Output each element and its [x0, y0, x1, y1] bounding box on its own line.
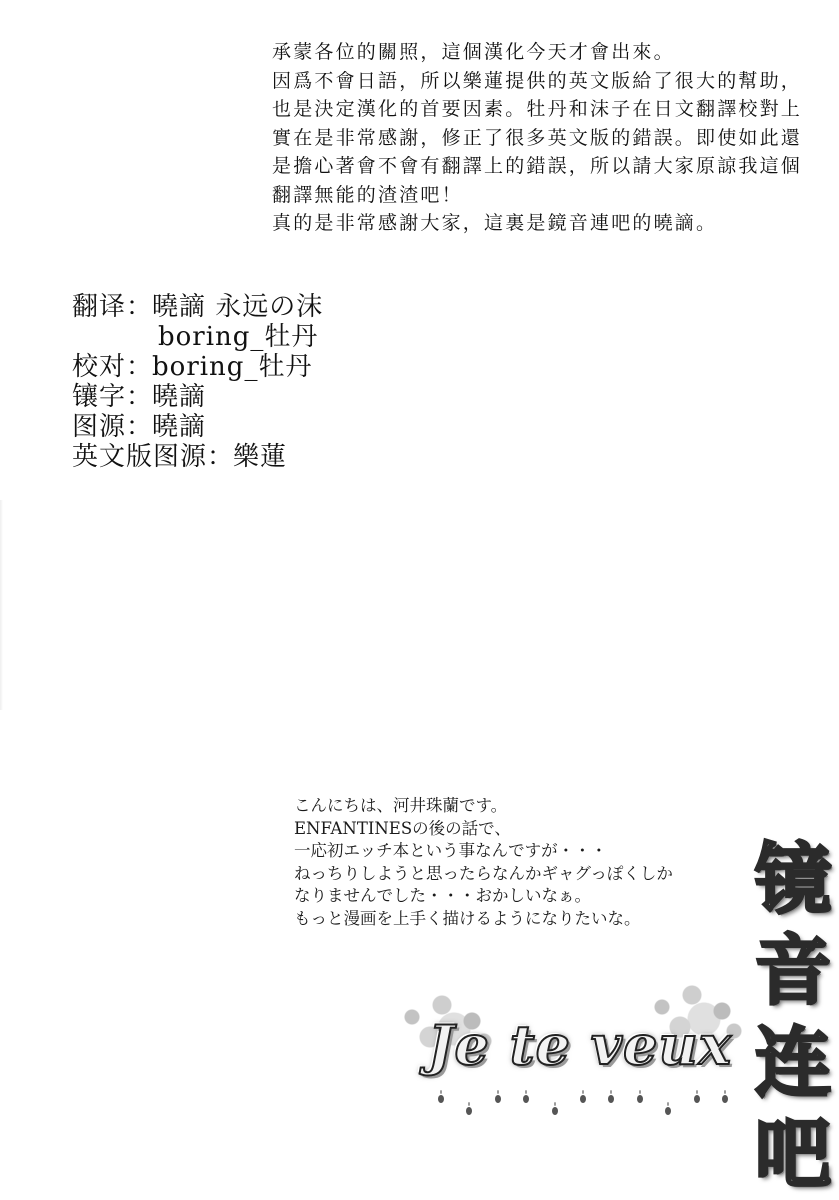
translator-note: 承蒙各位的關照，這個漢化今天才會出來。 因爲不會日語，所以樂蓮提供的英文版給了很…	[272, 38, 832, 238]
credits-list: 翻译：曉謫 永远の沫 boring_牡丹 校对：boring_牡丹 镶字：曉謫 …	[72, 292, 323, 472]
credit-role: 英文版图源	[72, 442, 207, 472]
translator-note-line: 實在是非常感謝，修正了很多英文版的錯誤。即使如此還	[272, 124, 832, 153]
credit-value: boring_牡丹	[152, 352, 312, 382]
bead-icon	[523, 1095, 529, 1103]
credit-separator: ：	[207, 442, 233, 472]
translator-note-line: 因爲不會日語，所以樂蓮提供的英文版給了很大的幫助，	[272, 67, 832, 96]
author-note-line: 一応初エッチ本という事なんですが・・・	[294, 840, 673, 863]
bead-icon	[637, 1095, 643, 1103]
group-logo-glyph: 连	[755, 1019, 831, 1107]
group-logo-glyph: 音	[755, 927, 831, 1015]
group-logo-glyph: 吧	[755, 1110, 831, 1198]
credit-value: 樂蓮	[233, 442, 287, 472]
bead-icon	[466, 1107, 472, 1115]
bead-fringe-decoration	[438, 1095, 728, 1125]
title-logo-je-te-veux: Je te veux	[388, 975, 758, 1125]
author-note-line: なりませんでした・・・おかしいなぁ。	[294, 885, 673, 908]
credit-role: 镶字	[72, 382, 126, 412]
credit-role: 图源	[72, 412, 126, 442]
author-note-line: もっと漫画を上手く描けるようになりたいな。	[294, 908, 673, 931]
translator-note-line: 是擔心著會不會有翻譯上的錯誤，所以請大家原諒我這個	[272, 152, 832, 181]
credit-value: 曉謫 永远の沫	[152, 292, 323, 322]
bead-icon	[495, 1095, 501, 1103]
bead-icon	[608, 1095, 614, 1103]
credit-value: 曉謫	[152, 412, 206, 442]
bead-icon	[722, 1095, 728, 1103]
bead-icon	[665, 1107, 671, 1115]
translator-note-line: 翻譯無能的渣渣吧！	[272, 181, 832, 210]
translator-note-line: 真的是非常感謝大家，這裏是鏡音連吧的曉謫。	[272, 209, 832, 238]
credit-value: boring_牡丹	[158, 322, 318, 352]
credit-row-translation: 翻译：曉謫 永远の沫	[72, 292, 323, 322]
credit-row-typesetting: 镶字：曉謫	[72, 382, 323, 412]
scan-page-edge	[0, 500, 3, 710]
translator-note-line: 也是決定漢化的首要因素。牡丹和沫子在日文翻譯校對上	[272, 95, 832, 124]
author-afterword: こんにちは、河井珠蘭です。 ENFANTINESの後の話で、 一応初エッチ本とい…	[294, 795, 673, 931]
group-logo-glyph: 镜	[755, 836, 831, 924]
bead-icon	[552, 1107, 558, 1115]
group-logo-vertical: 镜 音 连 吧	[748, 836, 838, 1198]
author-note-line: ENFANTINESの後の話で、	[294, 818, 673, 841]
bead-icon	[580, 1095, 586, 1103]
credit-separator: ：	[126, 352, 152, 382]
credit-row-proofreading: 校对：boring_牡丹	[72, 352, 323, 382]
credit-row-english-source: 英文版图源：樂蓮	[72, 442, 323, 472]
credit-row-raw-source: 图源：曉謫	[72, 412, 323, 442]
credit-separator: ：	[126, 292, 152, 322]
credit-value: 曉謫	[152, 382, 206, 412]
title-logo-text: Je te veux	[428, 1013, 732, 1077]
author-note-line: ねっちりしようと思ったらなんかギャグっぽくしか	[294, 863, 673, 886]
bead-icon	[438, 1095, 444, 1103]
credit-separator: ：	[126, 412, 152, 442]
credit-separator: ：	[126, 382, 152, 412]
author-note-line: こんにちは、河井珠蘭です。	[294, 795, 673, 818]
credit-role: 翻译	[72, 292, 126, 322]
credit-role: 校对	[72, 352, 126, 382]
translator-note-line: 承蒙各位的關照，這個漢化今天才會出來。	[272, 38, 832, 67]
bead-icon	[694, 1095, 700, 1103]
credit-row-translation-cont: boring_牡丹	[72, 322, 323, 352]
